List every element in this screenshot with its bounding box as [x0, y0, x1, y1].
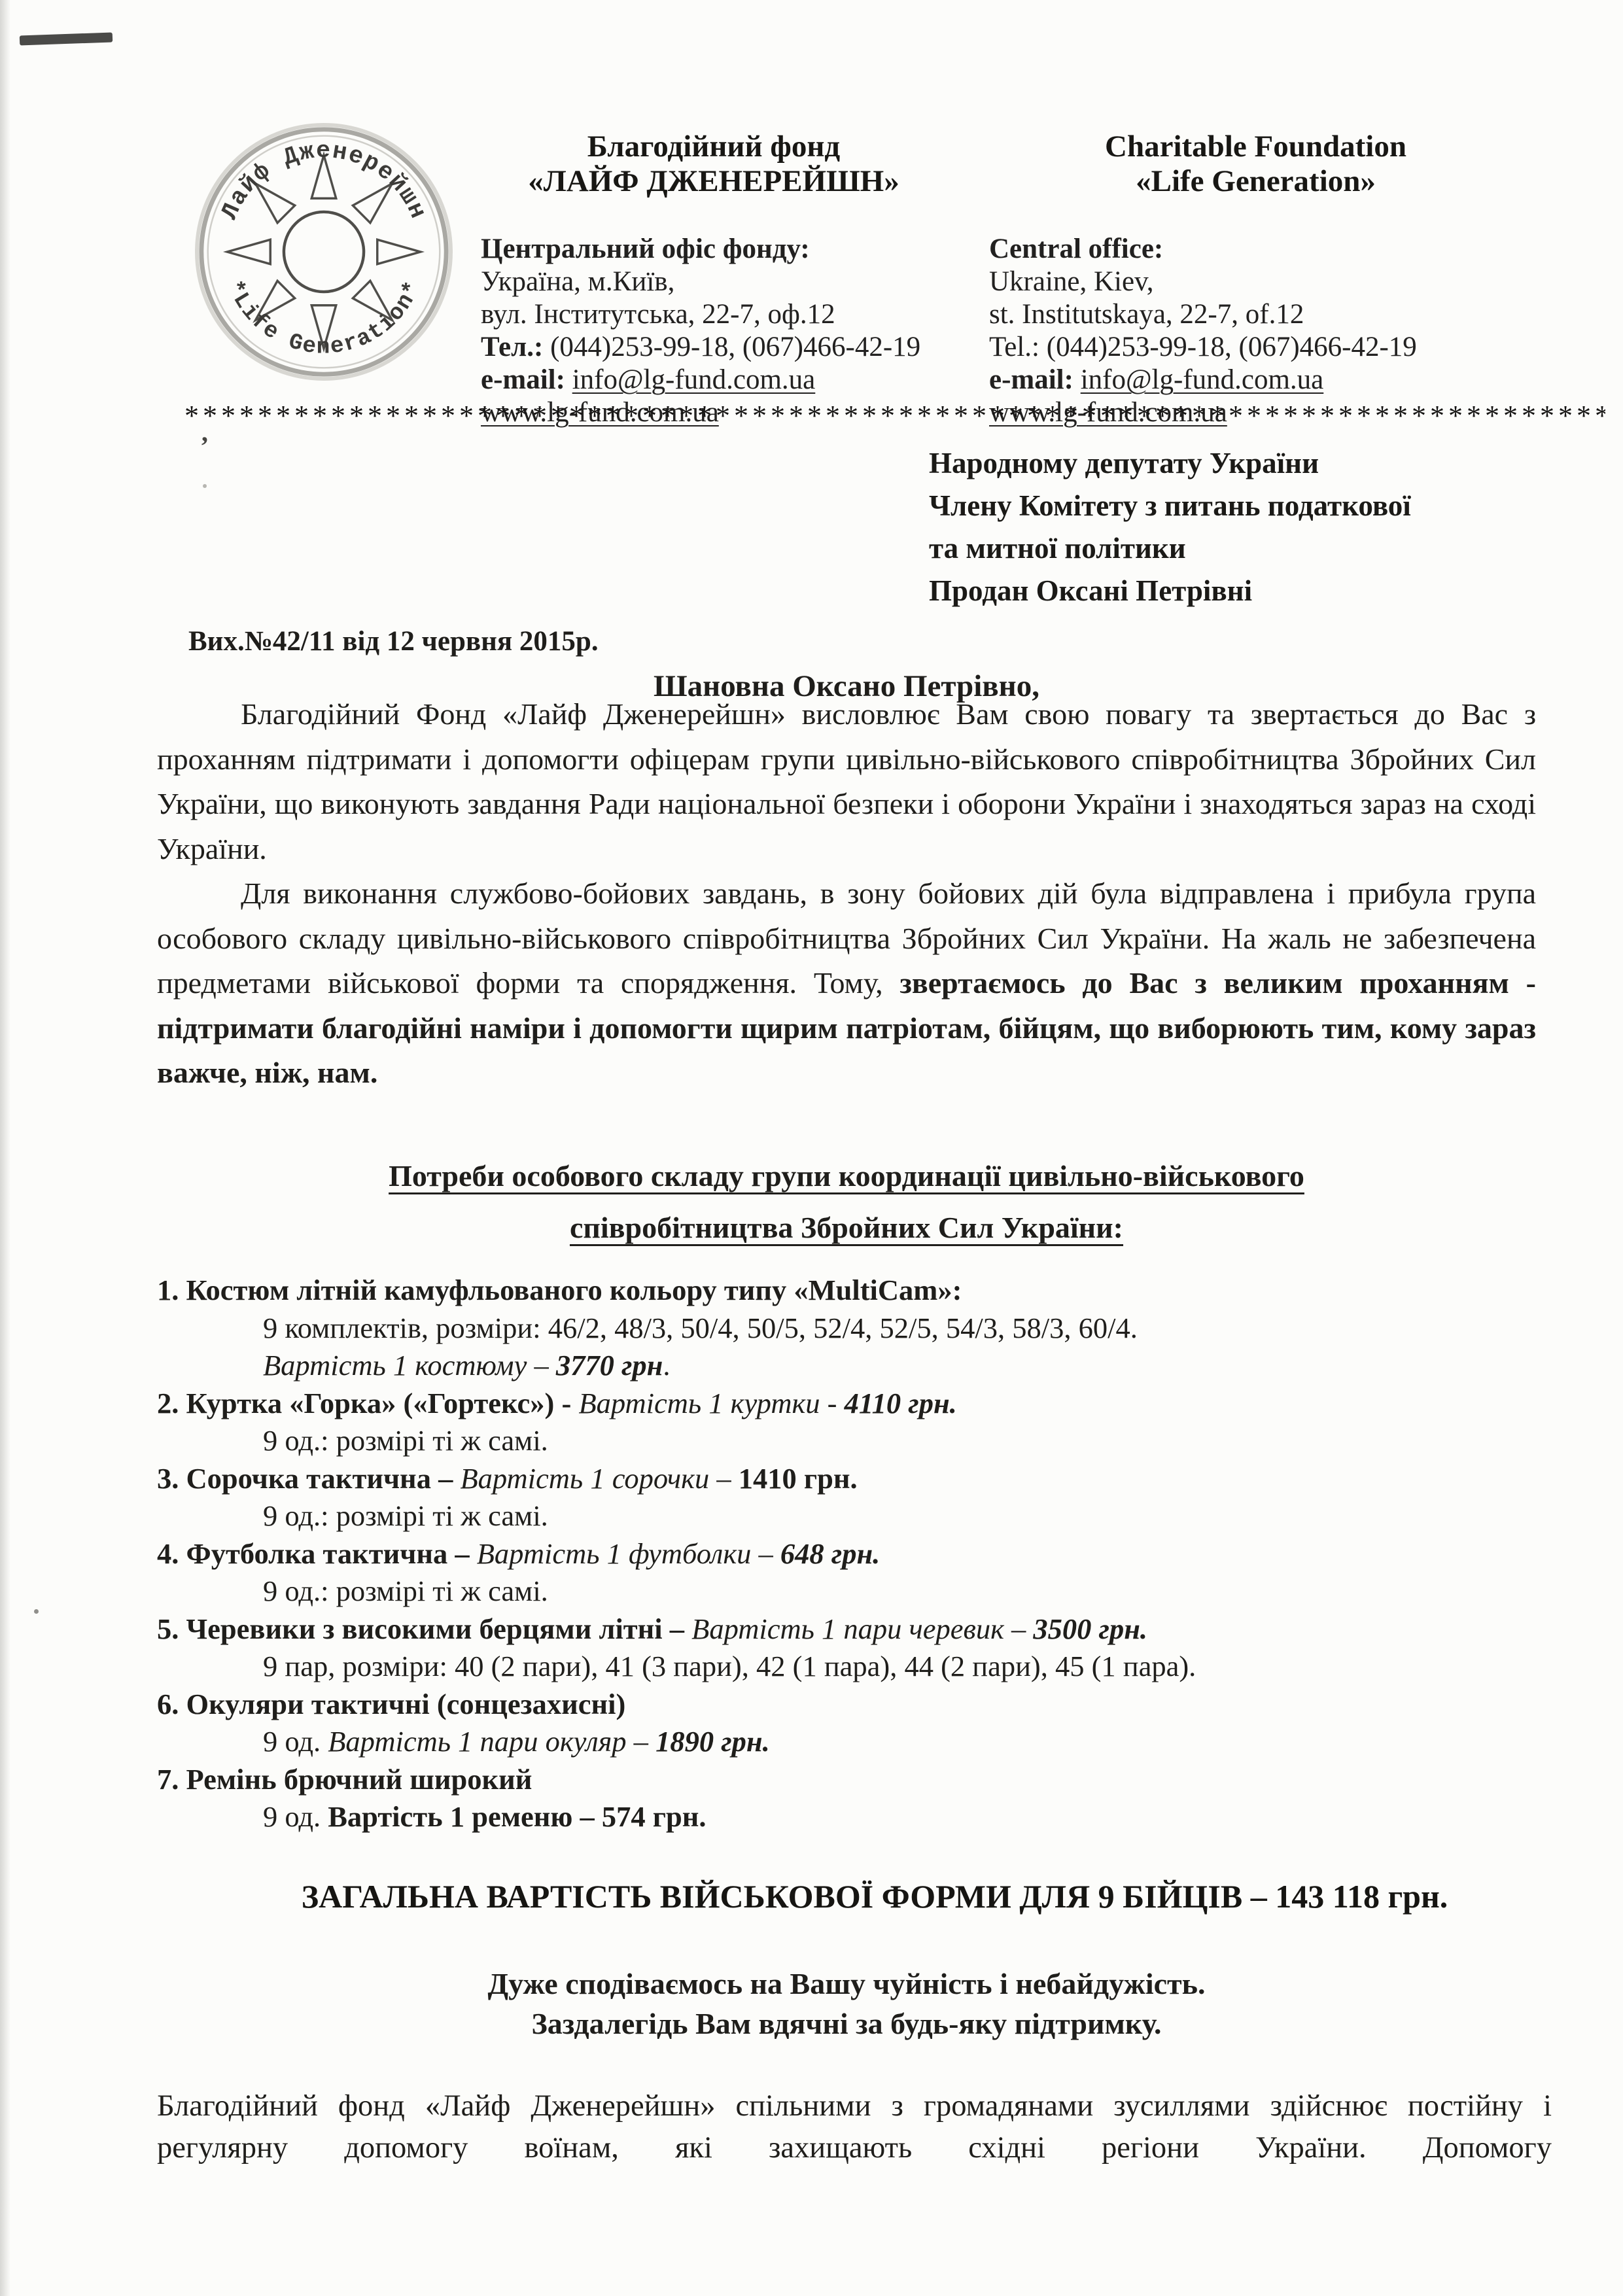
text-run: 4. Футболка тактична – — [157, 1537, 477, 1570]
foundation-stamp: Лайф Дженерейшн *Life Generation* — [195, 123, 453, 381]
address-street-en: st. Institutskaya, 22-7, of.12 — [989, 298, 1522, 331]
text-run: Благодійний фонд «Лайф Дженерейшн» спіль… — [157, 2089, 1552, 2165]
closing-block: Дуже сподіваємось на Вашу чуйність і неб… — [157, 1964, 1536, 2044]
closing-line2: Заздалегідь Вам вдячні за будь-яку підтр… — [157, 2004, 1536, 2044]
email-label-en: e-mail: — [989, 364, 1073, 395]
text-run: 1. Костюм літній камуфльованого кольору … — [157, 1274, 962, 1306]
letterhead-english: Charitable Foundation «Life Generation» … — [989, 130, 1522, 429]
needs-heading-line2: співробітництва Збройних Сил України: — [570, 1211, 1123, 1244]
foundation-title-en: Charitable Foundation «Life Generation» — [989, 130, 1522, 199]
list-item-line: 5. Черевики з високими берцями літні – В… — [157, 1610, 1570, 1648]
list-item-line: 1. Костюм літній камуфльованого кольору … — [157, 1272, 1570, 1310]
scan-speck-apostrophe: ’ — [200, 430, 209, 461]
recipient-block: Народному депутату України Члену Комітет… — [929, 442, 1411, 612]
needs-heading-line1: Потреби особового складу групи координац… — [389, 1159, 1304, 1192]
asterisk-separator: ****************************************… — [184, 398, 1605, 434]
email-link-ua: info@lg-fund.com.ua — [572, 364, 816, 395]
list-item: 3. Сорочка тактична – Вартість 1 сорочки… — [157, 1460, 1570, 1535]
list-item-line: 9 комплектів, розміри: 46/2, 48/3, 50/4,… — [157, 1310, 1570, 1348]
text-run: 9 комплектів, розміри: 46/2, 48/3, 50/4,… — [263, 1312, 1138, 1344]
list-item-line: 9 пар, розміри: 40 (2 пари), 41 (3 пари)… — [157, 1648, 1570, 1686]
needs-item-list: 1. Костюм літній камуфльованого кольору … — [157, 1272, 1570, 1836]
footer-paragraph: Благодійний фонд «Лайф Дженерейшн» спіль… — [157, 2085, 1552, 2169]
body-paragraph-2: Для виконання службово-бойових завдань, … — [157, 871, 1536, 1096]
list-item-line: 9 од. Вартість 1 ременю – 574 грн. — [157, 1798, 1570, 1836]
scan-speck-dot — [34, 1609, 39, 1614]
text-run: 1890 грн. — [655, 1725, 770, 1758]
letter-body: Благодійний Фонд «Лайф Дженерейшн» висло… — [157, 692, 1536, 1096]
list-item: 5. Черевики з високими берцями літні – В… — [157, 1610, 1570, 1686]
email-line-ua: e-mail: info@lg-fund.com.ua — [481, 364, 947, 396]
letterhead-ukrainian: Благодійний фонд «ЛАЙФ ДЖЕНЕРЕЙШН» Центр… — [481, 130, 947, 429]
text-run: 648 грн. — [780, 1537, 880, 1570]
list-item: 2. Куртка «Горка» («Гортекс») - Вартість… — [157, 1385, 1570, 1460]
text-run: 9 пар, розміри: 40 (2 пари), 41 (3 пари)… — [263, 1650, 1196, 1682]
phone-label-ua: Тел.: — [481, 332, 543, 362]
list-item-line: 9 од.: розмірі ті ж самі. — [157, 1573, 1570, 1610]
phone-label-en: Tel.: — [989, 332, 1039, 362]
address-country-en: Ukraine, Kiev, — [989, 266, 1522, 298]
text-run: Вартість 1 костюму – — [263, 1349, 556, 1382]
recipient-line: та митної політики — [929, 527, 1411, 570]
scan-speck-dot — [203, 484, 207, 488]
list-item-line: 9 од. Вартість 1 пари окуляр – 1890 грн. — [157, 1723, 1570, 1761]
address-country-ua: Україна, м.Київ, — [481, 266, 947, 298]
total-cost-line: ЗАГАЛЬНА ВАРТІСТЬ ВІЙСЬКОВОЇ ФОРМИ ДЛЯ 9… — [184, 1877, 1565, 1915]
closing-line1: Дуже сподіваємось на Вашу чуйність і неб… — [157, 1964, 1536, 2004]
svg-text:*Life Generation*: *Life Generation* — [221, 277, 427, 360]
recipient-line: Члену Комітету з питань податкової — [929, 485, 1411, 527]
list-item-line: 9 од.: розмірі ті ж самі. — [157, 1497, 1570, 1535]
text-run: 3. Сорочка тактична – — [157, 1462, 460, 1495]
list-item: 6. Окуляри тактичні (сонцезахисні)9 од. … — [157, 1686, 1570, 1761]
foundation-title-ua: Благодійний фонд «ЛАЙФ ДЖЕНЕРЕЙШН» — [481, 130, 947, 199]
text-run: Вартість 1 футболки – — [477, 1537, 780, 1570]
text-run: 1410 грн. — [739, 1462, 858, 1495]
text-run: Вартість 1 куртки - — [578, 1387, 844, 1419]
address-street-ua: вул. Інститутська, 22-7, оф.12 — [481, 298, 947, 331]
body-paragraph-1: Благодійний Фонд «Лайф Дженерейшн» висло… — [157, 692, 1536, 871]
recipient-line: Продан Оксані Петрівні — [929, 570, 1411, 612]
scanner-artifact-bar — [20, 33, 113, 46]
text-run: 4110 грн. — [845, 1387, 957, 1419]
list-item-line: Вартість 1 костюму – 3770 грн. — [157, 1347, 1570, 1385]
list-item: 4. Футболка тактична – Вартість 1 футбол… — [157, 1535, 1570, 1610]
phone-line-ua: Тел.: (044)253-99-18, (067)466-42-19 — [481, 331, 947, 364]
stamp-inner-ring — [208, 136, 440, 368]
text-run: 9 од.: розмірі ті ж самі. — [263, 1574, 548, 1607]
phone-numbers-ua: (044)253-99-18, (067)466-42-19 — [550, 332, 920, 362]
text-run: . — [663, 1349, 670, 1382]
text-run: 3770 грн — [556, 1349, 663, 1382]
text-run: 6. Окуляри тактичні (сонцезахисні) — [157, 1688, 625, 1720]
email-link-en: info@lg-fund.com.ua — [1081, 364, 1324, 395]
text-run: Благодійний Фонд «Лайф Дженерейшн» висло… — [157, 697, 1536, 865]
text-run: 9 од.: розмірі ті ж самі. — [263, 1499, 548, 1532]
list-item: 7. Ремінь брючний широкий9 од. Вартість … — [157, 1761, 1570, 1836]
list-item-line: 7. Ремінь брючний широкий — [157, 1761, 1570, 1799]
text-run: Вартість 1 пари черевик – — [691, 1612, 1033, 1645]
office-label-ua: Центральний офіс фонду: — [481, 233, 947, 266]
text-run: 9 од. — [263, 1800, 328, 1833]
foundation-title-ua-line2: «ЛАЙФ ДЖЕНЕРЕЙШН» — [481, 164, 947, 199]
recipient-line: Народному депутату України — [929, 442, 1411, 485]
text-run: 9 од. — [263, 1725, 328, 1758]
text-run: Вартість 1 ременю – 574 грн. — [328, 1800, 706, 1833]
list-item-line: 2. Куртка «Горка» («Гортекс») - Вартість… — [157, 1385, 1570, 1423]
list-item-line: 9 од.: розмірі ті ж самі. — [157, 1422, 1570, 1460]
foundation-title-en-line2: «Life Generation» — [989, 164, 1522, 199]
text-run: Вартість 1 сорочки – — [460, 1462, 738, 1495]
email-label-ua: e-mail: — [481, 364, 565, 395]
scanned-letter-page: Лайф Дженерейшн *Life Generation* Благод… — [0, 0, 1623, 2296]
text-run: 9 од.: розмірі ті ж самі. — [263, 1424, 548, 1457]
list-item-line: 4. Футболка тактична – Вартість 1 футбол… — [157, 1535, 1570, 1573]
stamp-graphic: Лайф Дженерейшн *Life Generation* — [195, 123, 453, 381]
email-line-en: e-mail: info@lg-fund.com.ua — [989, 364, 1522, 396]
foundation-title-ua-line1: Благодійний фонд — [481, 130, 947, 164]
foundation-title-en-line1: Charitable Foundation — [989, 130, 1522, 164]
text-run: 2. Куртка «Горка» («Гортекс») - — [157, 1387, 578, 1419]
list-item: 1. Костюм літній камуфльованого кольору … — [157, 1272, 1570, 1385]
phone-numbers-en: (044)253-99-18, (067)466-42-19 — [1047, 332, 1417, 362]
list-item-line: 6. Окуляри тактичні (сонцезахисні) — [157, 1686, 1570, 1724]
stamp-bottom-text: *Life Generation* — [221, 277, 427, 360]
outgoing-reference-number: Вих.№42/11 від 12 червня 2015р. — [188, 625, 599, 657]
text-run: 3500 грн. — [1033, 1612, 1147, 1645]
needs-list-heading: Потреби особового складу групи координац… — [157, 1150, 1536, 1253]
scan-edge-shade — [0, 0, 10, 2296]
text-run: Вартість 1 пари окуляр – — [328, 1725, 655, 1758]
text-run: 7. Ремінь брючний широкий — [157, 1763, 532, 1796]
list-item-line: 3. Сорочка тактична – Вартість 1 сорочки… — [157, 1460, 1570, 1498]
phone-line-en: Tel.: (044)253-99-18, (067)466-42-19 — [989, 331, 1522, 364]
office-label-en: Central office: — [989, 233, 1522, 266]
text-run: 5. Черевики з високими берцями літні – — [157, 1612, 691, 1645]
